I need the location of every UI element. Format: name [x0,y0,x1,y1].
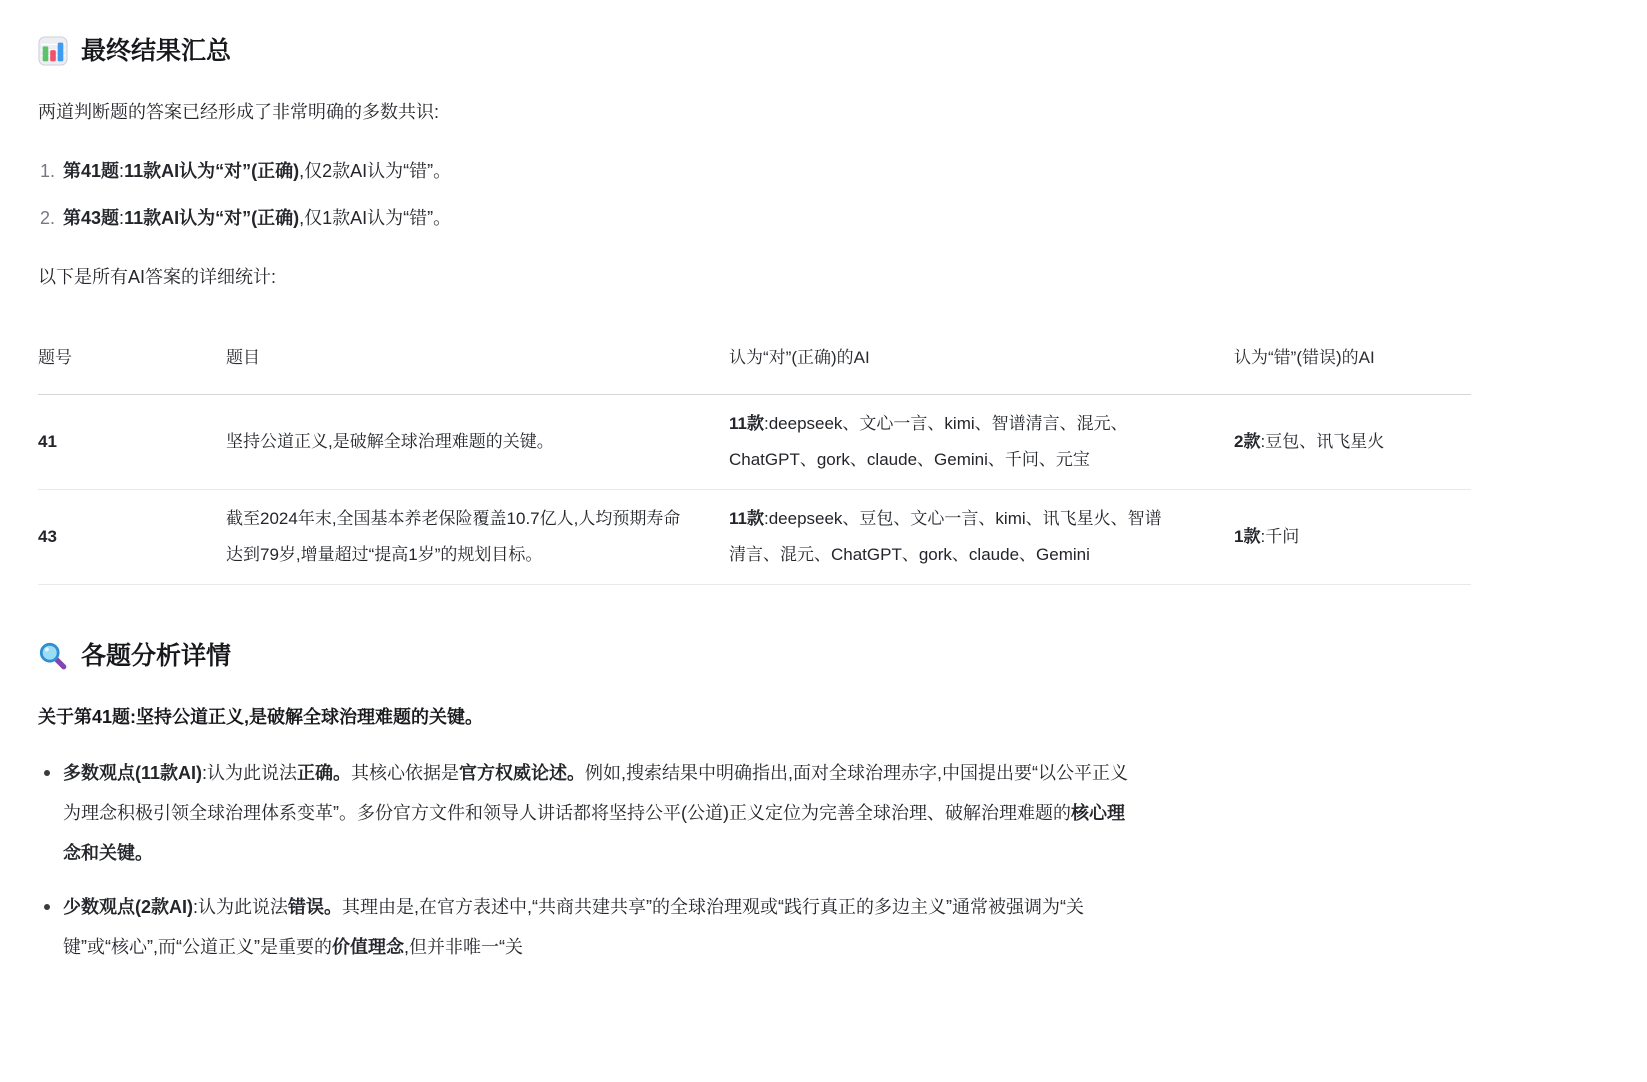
cell-question: 坚持公道正义,是破解全球治理难题的关键。 [226,395,729,490]
col-header-ai-correct: 认为“对”(正确)的AI [729,331,1234,395]
ai-list: :deepseek、豆包、文心一言、kimi、讯飞星火、智谱清言、混元、Chat… [729,509,1162,564]
list-text: 第41题:11款AI认为“对”(正确),仅2款AI认为“错”。 [63,161,451,181]
bullet-text: 少数观点(2款AI):认为此说法错误。其理由是,在官方表述中,“共商共建共享”的… [63,897,1084,957]
list-number: 1. [40,161,55,181]
list-number: 2. [40,208,55,228]
ai-list: :豆包、讯飞星火 [1260,432,1384,451]
magnifying-glass-icon [38,641,68,671]
col-header-ai-wrong: 认为“错”(错误)的AI [1234,331,1471,395]
summary-intro: 两道判断题的答案已经形成了非常明确的多数共识: [38,100,1607,124]
results-table: 题号 题目 认为“对”(正确)的AI 认为“错”(错误)的AI 41 坚持公道正… [38,331,1471,585]
count-label: 11款 [729,414,764,433]
summary-title: 最终结果汇总 [81,36,231,66]
summary-heading: 最终结果汇总 [38,36,1607,66]
minority-view-item: 少数观点(2款AI):认为此说法错误。其理由是,在官方表述中,“共商共建共享”的… [38,887,1132,967]
ai-list: :千问 [1260,527,1299,546]
cell-question-number: 43 [38,490,226,585]
analysis-subtitle: 关于第41题:坚持公道正义,是破解全球治理难题的关键。 [38,705,1607,729]
cell-ai-correct: 11款:deepseek、豆包、文心一言、kimi、讯飞星火、智谱清言、混元、C… [729,490,1234,585]
ai-list: :deepseek、文心一言、kimi、智谱清言、混元、ChatGPT、gork… [729,414,1128,469]
count-label: 1款 [1234,527,1260,546]
list-text: 第43题:11款AI认为“对”(正确),仅1款AI认为“错”。 [63,208,451,228]
count-label: 2款 [1234,432,1260,451]
report-document: 最终结果汇总 两道判断题的答案已经形成了非常明确的多数共识: 1.第41题:11… [0,0,1647,967]
cell-question-number: 41 [38,395,226,490]
consensus-list: 1.第41题:11款AI认为“对”(正确),仅2款AI认为“错”。 2.第43题… [38,158,1607,231]
table-row-41: 41 坚持公道正义,是破解全球治理难题的关键。 11款:deepseek、文心一… [38,395,1471,490]
col-header-question-number: 题号 [38,331,226,395]
analysis-bullet-list: 多数观点(11款AI):认为此说法正确。其核心依据是官方权威论述。例如,搜索结果… [38,753,1132,967]
consensus-item-41: 1.第41题:11款AI认为“对”(正确),仅2款AI认为“错”。 [40,158,1607,184]
analysis-heading: 各题分析详情 [38,641,1607,671]
cell-ai-wrong: 1款:千问 [1234,490,1471,585]
count-label: 11款 [729,509,764,528]
table-header-row: 题号 题目 认为“对”(正确)的AI 认为“错”(错误)的AI [38,331,1471,395]
table-row-43: 43 截至2024年末,全国基本养老保险覆盖10.7亿人,人均预期寿命达到79岁… [38,490,1471,585]
bar-chart-icon [38,36,68,66]
bullet-text: 多数观点(11款AI):认为此说法正确。其核心依据是官方权威论述。例如,搜索结果… [63,763,1128,863]
majority-view-item: 多数观点(11款AI):认为此说法正确。其核心依据是官方权威论述。例如,搜索结果… [38,753,1132,873]
table-intro: 以下是所有AI答案的详细统计: [38,265,1607,289]
col-header-question: 题目 [226,331,729,395]
cell-question: 截至2024年末,全国基本养老保险覆盖10.7亿人,人均预期寿命达到79岁,增量… [226,490,729,585]
cell-ai-wrong: 2款:豆包、讯飞星火 [1234,395,1471,490]
consensus-item-43: 2.第43题:11款AI认为“对”(正确),仅1款AI认为“错”。 [40,205,1607,231]
analysis-title: 各题分析详情 [81,641,231,671]
cell-ai-correct: 11款:deepseek、文心一言、kimi、智谱清言、混元、ChatGPT、g… [729,395,1234,490]
